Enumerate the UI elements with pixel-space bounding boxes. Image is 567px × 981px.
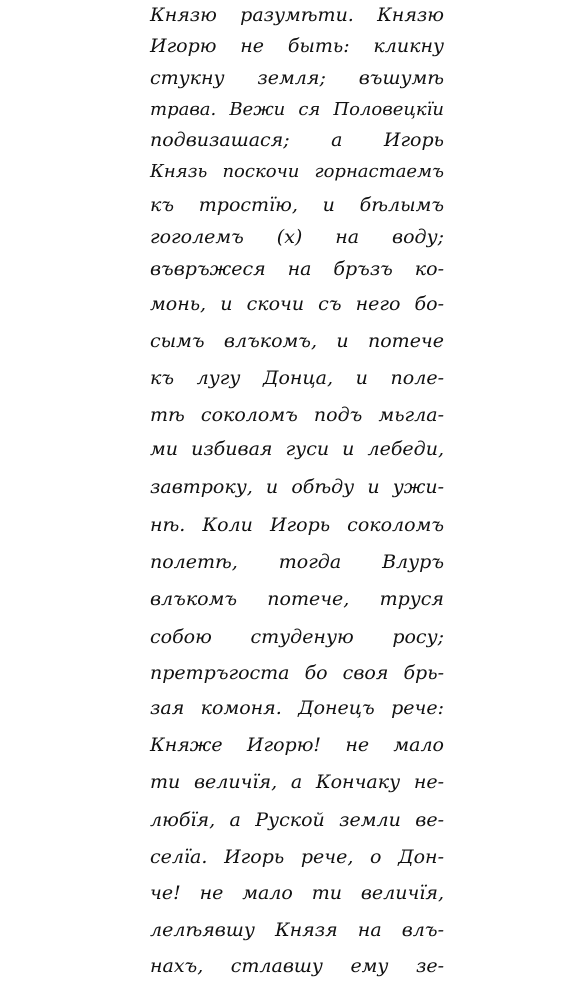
text-line: Князь поскочи горнастаемъ (150, 157, 444, 187)
text-line: нахъ, стлавшу ему зе- (150, 951, 444, 981)
text-line: собою студеную росу; (150, 622, 444, 652)
text-line: влъкомъ потече, труся (150, 584, 444, 614)
text-line: стукну земля; въшумѣ (150, 63, 444, 93)
scanned-book-page: Князю разумѣти. Князю Игорю не быть: кли… (0, 0, 567, 981)
text-line: завтроку, и обѣду и ужи- (150, 472, 444, 502)
text-line: нѣ. Коли Игорь соколомъ (150, 510, 444, 540)
text-line: подвизашася; а Игорь (150, 125, 444, 155)
text-line: селїа. Игорь рече, о Дон- (150, 842, 444, 872)
text-line: къ лугу Донца, и поле- (150, 363, 444, 393)
text-line: сымъ влъкомъ, и потече (150, 326, 444, 356)
text-line: Княже Игорю! не мало (150, 730, 444, 760)
text-line: Князю разумѣти. Князю (150, 0, 444, 30)
text-line: любїя, а Руской земли ве- (150, 805, 444, 835)
text-line: зая комоня. Донецъ рече: (150, 693, 444, 723)
text-line: полетѣ, тогда Влуръ (150, 547, 444, 577)
text-line: трава. Вежи ся Половецкїи (150, 95, 444, 125)
text-line: претръгоста бо своя брь- (150, 658, 444, 688)
text-line: монь, и скочи съ него бо- (150, 289, 444, 319)
text-line: ми избивая гуси и лебеди, (150, 434, 444, 464)
text-line: къ тростїю, и бѣлымъ (150, 190, 444, 220)
text-line: че! не мало ти величїя, (150, 878, 444, 908)
text-line: Игорю не быть: кликну (150, 31, 444, 61)
text-line: лелѣявшу Князя на влъ- (150, 915, 444, 945)
text-line: тѣ соколомъ подъ мьгла- (150, 400, 444, 430)
text-line: гоголемъ (x) на воду; (150, 222, 444, 252)
text-line: ти величїя, а Кончаку не- (150, 767, 444, 797)
text-line: въвръжеся на бръзъ ко- (150, 254, 444, 284)
